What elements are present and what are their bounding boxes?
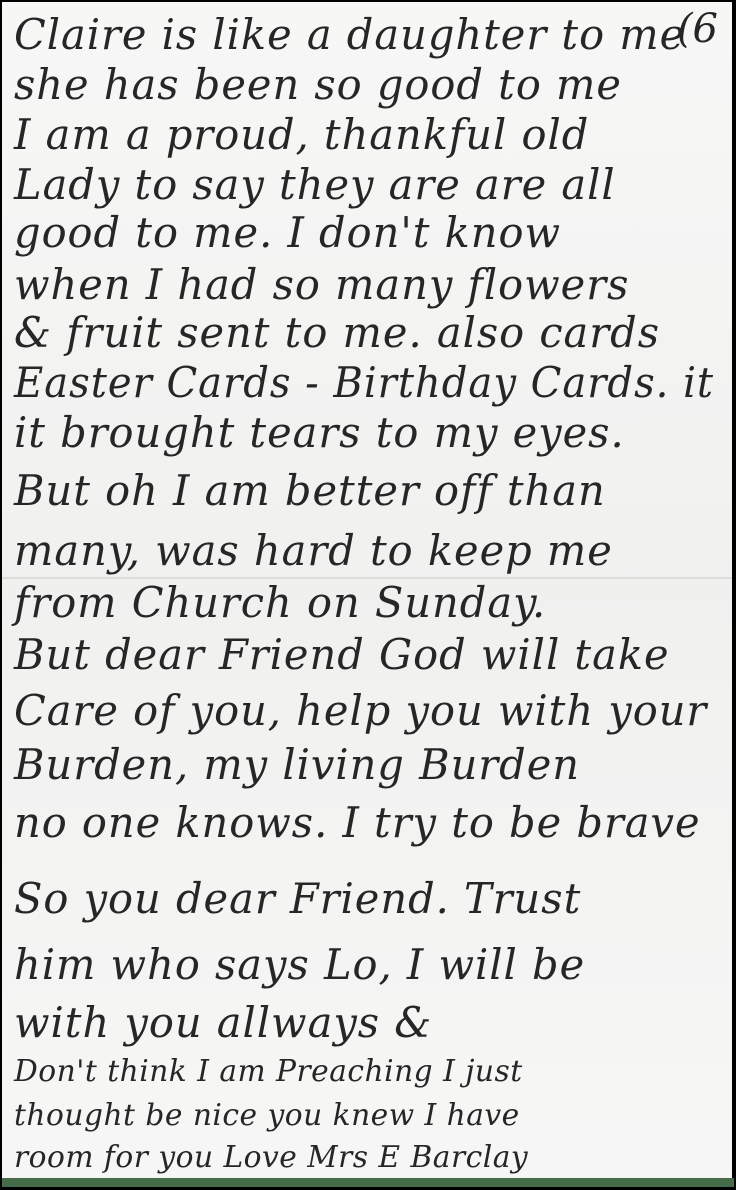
letter-line-underlined: no one knows. I try to be brave	[14, 798, 714, 847]
letter-line: thought be nice you knew I have	[14, 1098, 714, 1133]
letter-line: But dear Friend God will take	[14, 630, 714, 679]
letter-line: from Church on Sunday.	[14, 578, 714, 627]
letter-line: Lady to say they are are all	[14, 160, 714, 209]
letter-line: many, was hard to keep me	[14, 526, 714, 575]
letter-line: it brought tears to my eyes.	[14, 408, 714, 457]
letter-line: But oh I am better off than	[14, 466, 714, 515]
signature-line: room for you Love Mrs E Barclay	[14, 1140, 714, 1175]
letter-line: good to me. I don't know	[14, 208, 714, 257]
letter-line: Claire is like a daughter to me	[14, 10, 714, 59]
letter-line: I am a proud, thankful old	[14, 110, 714, 159]
letter-line: with you allways &	[14, 998, 714, 1047]
letter-line: she has been so good to me	[14, 60, 714, 109]
letter-line: Burden, my living Burden	[14, 740, 714, 789]
letter-page: (6 Claire is like a daughter to me she h…	[2, 2, 732, 1178]
letter-line: So you dear Friend. Trust	[14, 874, 714, 923]
letter-line: him who says Lo, I will be	[14, 940, 714, 989]
letter-line: Care of you, help you with your	[14, 686, 714, 735]
letter-line: when I had so many flowers	[14, 260, 714, 309]
letter-line: Don't think I am Preaching I just	[14, 1054, 714, 1089]
letter-line: Easter Cards - Birthday Cards. it	[14, 358, 691, 407]
letter-line: & fruit sent to me. also cards	[14, 308, 714, 357]
bottom-color-strip	[2, 1178, 734, 1187]
